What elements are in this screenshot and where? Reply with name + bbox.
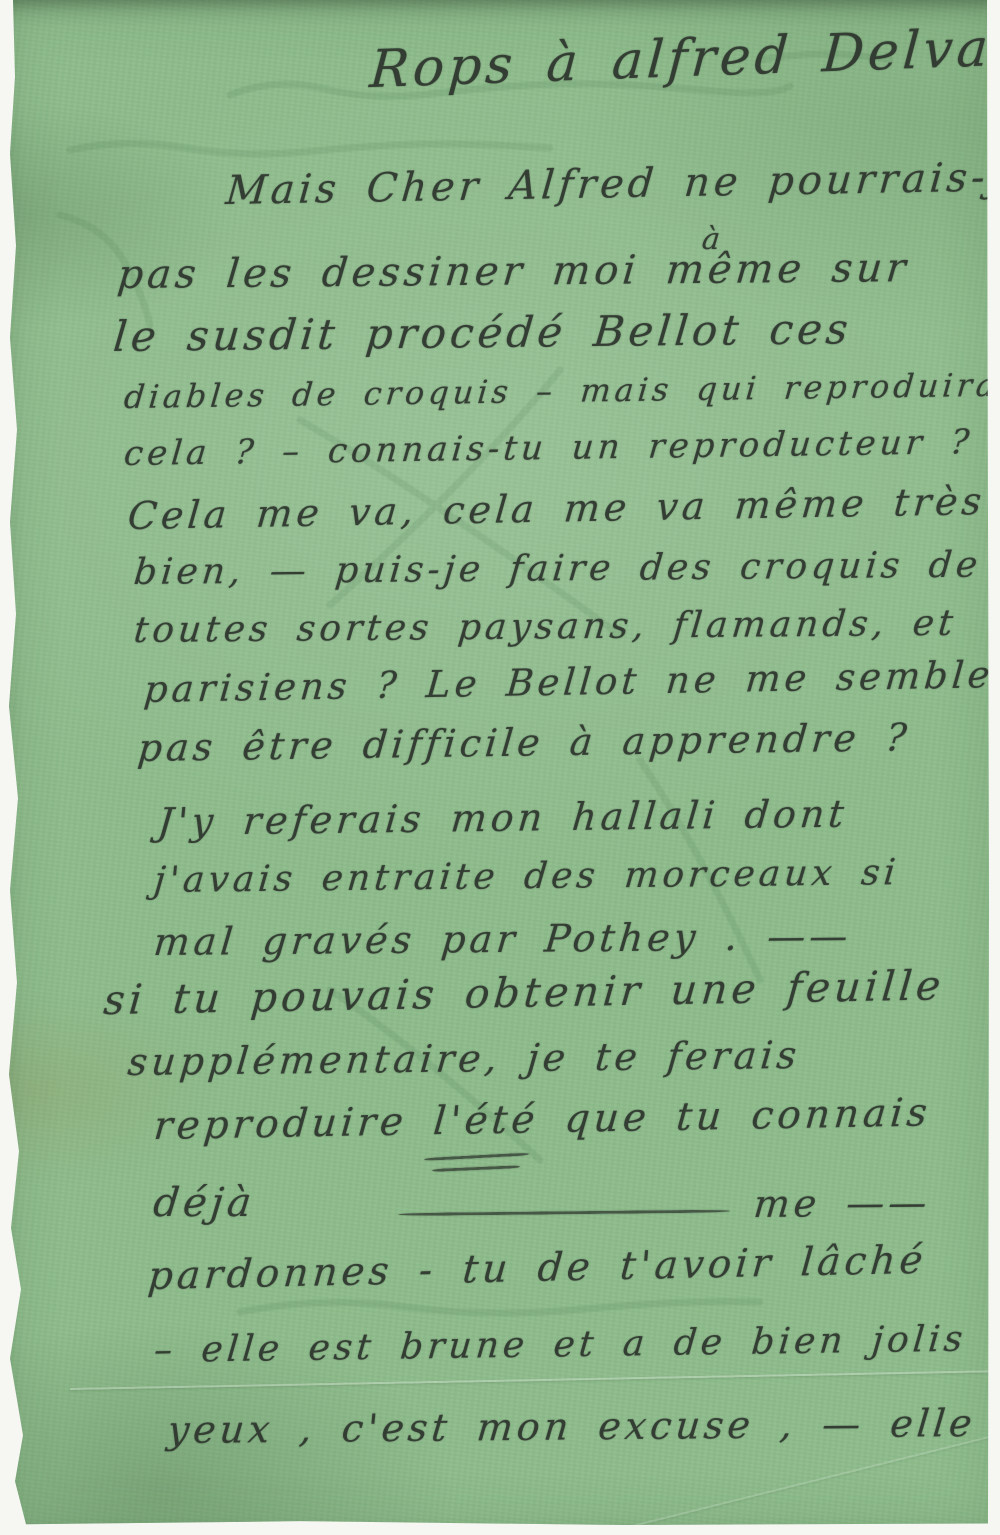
letter-paper: Rops à alfred Delvau Mais Cher Alfred ne…: [0, 0, 1000, 1535]
handwriting-line: – elle est brune et a de bien jolis: [152, 1319, 968, 1371]
handwriting-line: si tu pouvais obtenir une feuille: [102, 961, 947, 1024]
handwriting-line: supplémentaire, je te ferais: [126, 1033, 803, 1084]
handwriting-line: mal gravés par Pothey . ——: [152, 914, 854, 964]
handwriting-line: Mais Cher Alfred ne pourrais-je: [224, 154, 1000, 214]
letter-header: Rops à alfred Delvau: [368, 17, 1000, 100]
scanned-letter-page: Rops à alfred Delvau Mais Cher Alfred ne…: [0, 0, 1000, 1535]
handwriting-line: cela ? – connais-tu un reproducteur ?: [122, 422, 974, 474]
handwriting-line: pas être difficile à apprendre ?: [136, 715, 913, 770]
handwriting-line: déjà: [151, 1180, 257, 1226]
separator-rule: [398, 1210, 730, 1216]
handwriting-line: diables de croquis – mais qui reproduira…: [123, 365, 1000, 416]
handwriting-line: bien, — puis-je faire des croquis de: [132, 545, 983, 593]
handwriting-line: parisiens ? Le Bellot ne me semble: [142, 653, 995, 711]
handwriting-line: reproduire l'été que tu connais: [152, 1090, 933, 1149]
handwriting-line: Cela me va, cela me va même très: [126, 479, 987, 538]
handwriting-line: pardonnes - tu de t'avoir lâché: [146, 1238, 928, 1299]
paper-crease: [70, 1370, 990, 1390]
handwriting-line: J'y referais mon hallali dont: [156, 792, 850, 844]
handwriting-line: j'avais entraite des morceaux si: [152, 852, 901, 901]
handwriting-line: le susdit procédé Bellot ces: [111, 304, 854, 361]
handwriting-line: pas les dessiner moi même sur: [116, 245, 912, 298]
handwriting-line: me ——: [752, 1180, 933, 1226]
handwriting-line: toutes sortes paysans, flamands, et: [132, 603, 959, 651]
underline-stroke: [424, 1153, 529, 1161]
underline-stroke: [432, 1165, 520, 1172]
handwriting-line: yeux , c'est mon excuse , — elle: [166, 1401, 978, 1452]
